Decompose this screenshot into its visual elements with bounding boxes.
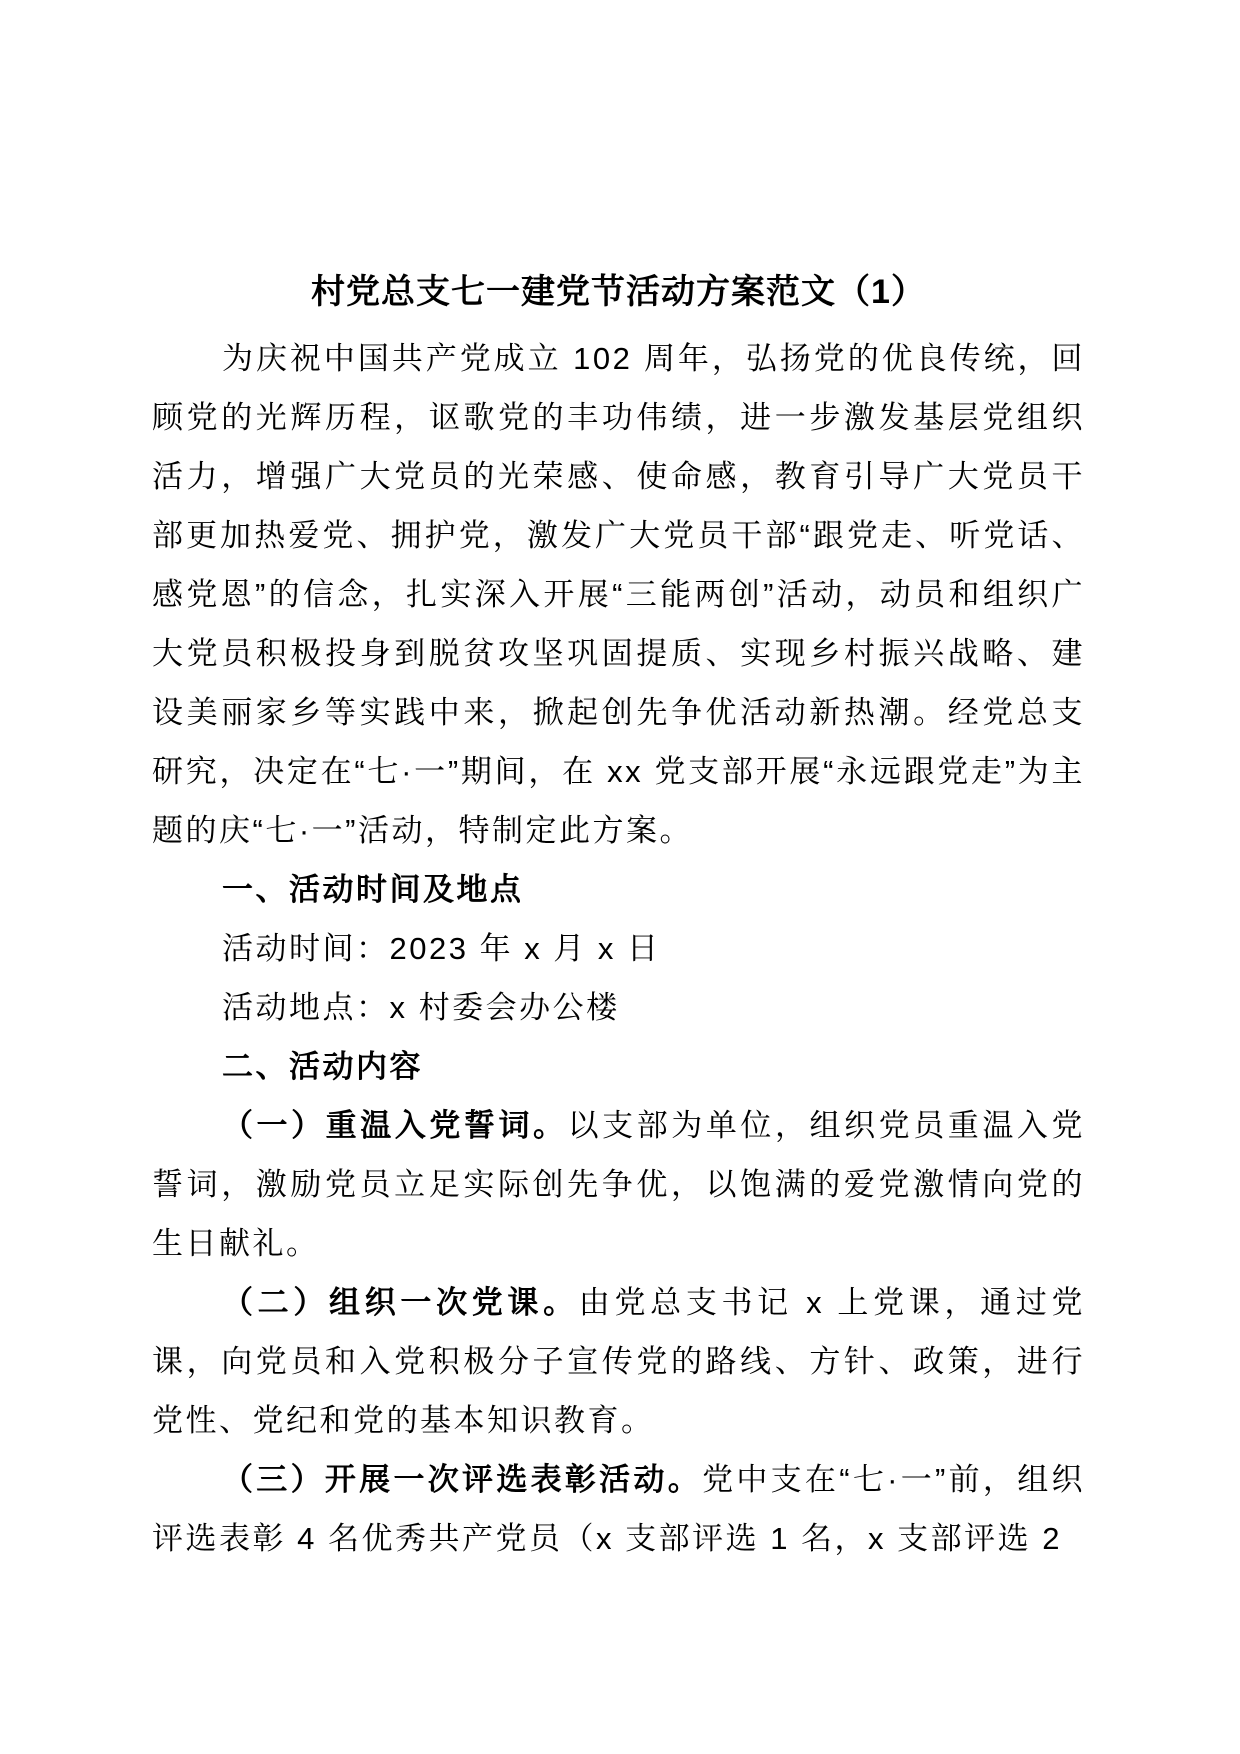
list-item-3: （三）开展一次评选表彰活动。党中支在“七·一”前，组织评选表彰 4 名优秀共产党…: [152, 1450, 1085, 1568]
list-item-2: （二）组织一次党课。由党总支书记 x 上党课，通过党课，向党员和入党积极分子宣传…: [152, 1273, 1085, 1450]
list-item-2-lead: （二）组织一次党课。: [222, 1285, 579, 1320]
list-item-1: （一）重温入党誓词。以支部为单位，组织党员重温入党誓词，激励党员立足实际创先争优…: [152, 1096, 1085, 1273]
activity-location-line: 活动地点：x 村委会办公楼: [152, 978, 1085, 1037]
document-title: 村党总支七一建党节活动方案范文（1）: [152, 269, 1085, 315]
section-heading-time-place: 一、活动时间及地点: [152, 860, 1085, 919]
paragraph-intro: 为庆祝中国共产党成立 102 周年，弘扬党的优良传统，回顾党的光辉历程，讴歌党的…: [152, 329, 1085, 860]
list-item-3-lead: （三）开展一次评选表彰活动。: [222, 1462, 702, 1497]
activity-time-line: 活动时间：2023 年 x 月 x 日: [152, 919, 1085, 978]
list-item-1-lead: （一）重温入党誓词。: [222, 1108, 568, 1143]
section-heading-content: 二、活动内容: [152, 1037, 1085, 1096]
document-page: 村党总支七一建党节活动方案范文（1） 为庆祝中国共产党成立 102 周年，弘扬党…: [0, 0, 1240, 1754]
